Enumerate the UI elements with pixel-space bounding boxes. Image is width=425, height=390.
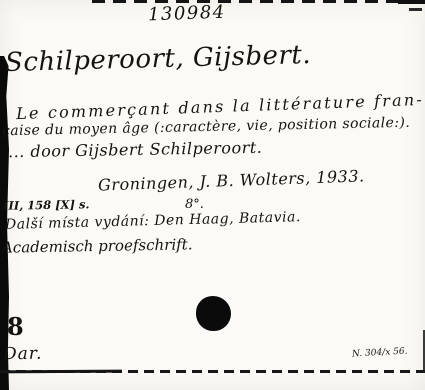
- thesis-note: Academisch proefschrift.: [2, 235, 193, 256]
- punch-hole: [196, 296, 231, 331]
- format-mark: 8°.: [185, 197, 204, 212]
- call-number: 130984: [148, 2, 226, 26]
- collation-note: III, 158 [X] s.: [3, 197, 90, 213]
- top-edge-dashed-line: [92, 0, 402, 3]
- author-heading: Schilperoort, Gijsbert.: [5, 40, 312, 78]
- title-line-3: ... door Gijsbert Schilperoort.: [8, 138, 263, 161]
- top-right-scan-mark: [398, 0, 425, 4]
- size-mark: 8: [7, 312, 24, 341]
- catalog-card: 130984 Schilperoort, Gijsbert. Le commer…: [0, 0, 425, 390]
- publication-places-note: Další místa vydání: Den Haag, Batavia.: [5, 209, 301, 233]
- acquisition-note: Dar.: [3, 344, 43, 365]
- accession-note: N. 304/x 56.: [352, 347, 408, 360]
- imprint-line: Groningen, J. B. Wolters, 1933.: [98, 166, 365, 194]
- top-right-scan-mark-small: [409, 8, 422, 11]
